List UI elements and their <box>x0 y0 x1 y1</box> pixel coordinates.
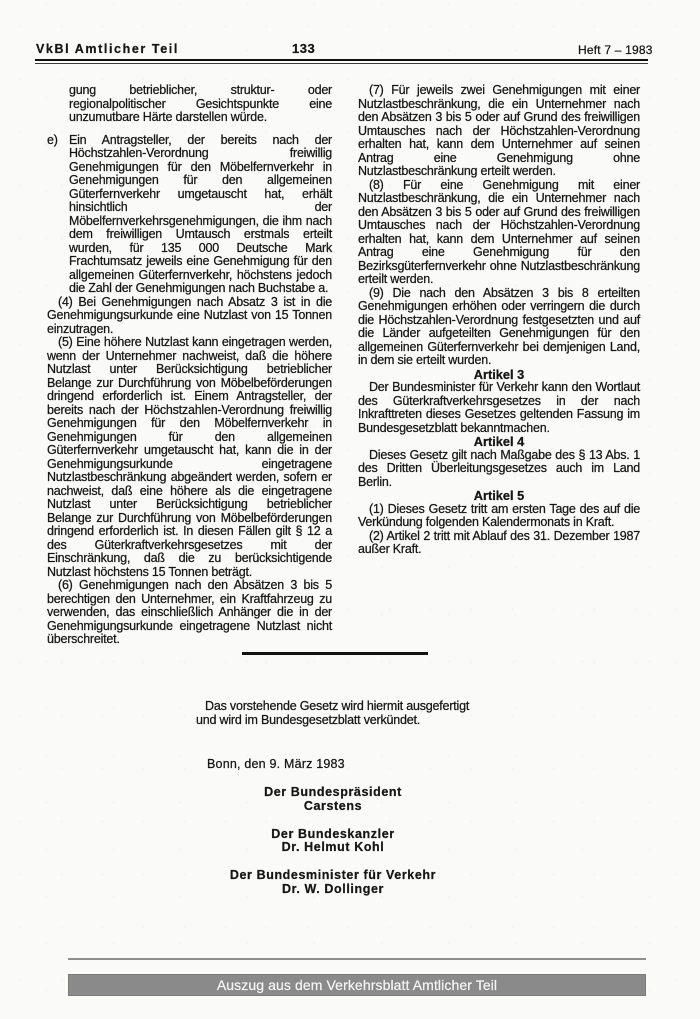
paragraph-continuation: gung betrieblicher, struktur- oder regio… <box>47 84 332 125</box>
artikel-4-text: Dieses Gesetz gilt nach Maßgabe des § 13… <box>358 449 640 490</box>
signature-block: Der Bundespräsident Carstens Der Bundesk… <box>150 786 516 911</box>
artikel-5-paragraph-1: (1) Dieses Gesetz tritt am ersten Tage d… <box>358 503 640 530</box>
signature-name: Dr. W. Dollinger <box>150 883 516 897</box>
paragraph-6: (6) Genehmigungen nach den Absätzen 3 bi… <box>47 579 332 647</box>
page-number: 133 <box>292 41 315 56</box>
paragraph-8: (8) Für eine Genehmigung mit einer Nutzl… <box>358 179 640 287</box>
artikel-5-heading: Artikel 5 <box>358 489 640 503</box>
list-item-marker: e) <box>47 134 58 148</box>
paragraph-4: (4) Bei Genehmigungen nach Absatz 3 ist … <box>47 296 332 337</box>
artikel-3-heading: Artikel 3 <box>358 368 640 382</box>
signature-bundeskanzler: Der Bundeskanzler Dr. Helmut Kohl <box>150 828 516 855</box>
signature-title: Der Bundespräsident <box>150 786 516 800</box>
signature-bundespraesident: Der Bundespräsident Carstens <box>150 786 516 813</box>
signature-title: Der Bundesminister für Verkehr <box>150 869 516 883</box>
signature-title: Der Bundeskanzler <box>150 828 516 842</box>
header-rule <box>35 59 648 64</box>
list-item-text: Ein Antragsteller, der bereits nach der … <box>69 133 332 296</box>
footer-rule <box>68 958 646 960</box>
artikel-5-paragraph-2: (2) Artikel 2 tritt mit Ablauf des 31. D… <box>358 530 640 557</box>
section-divider-rule <box>242 652 428 655</box>
issue-label: Heft 7 – 1983 <box>578 43 653 57</box>
list-item-e: e) Ein Antragsteller, der bereits nach d… <box>47 134 332 296</box>
signature-bundesminister: Der Bundesminister für Verkehr Dr. W. Do… <box>150 869 516 896</box>
artikel-4-heading: Artikel 4 <box>358 435 640 449</box>
journal-title: VkBl Amtlicher Teil <box>36 42 179 56</box>
paragraph-7: (7) Für jeweils zwei Genehmigungen mit e… <box>358 84 640 179</box>
paragraph-9: (9) Die nach den Absätzen 3 bis 8 erteil… <box>358 287 640 368</box>
footer-banner: Auszug aus dem Verkehrsblatt Amtlicher T… <box>68 974 646 996</box>
left-column: gung betrieblicher, struktur- oder regio… <box>47 84 332 647</box>
promulgation-text: Das vorstehende Gesetz wird hiermit ausg… <box>196 699 476 727</box>
paragraph-5: (5) Eine höhere Nutzlast kann eingetrage… <box>47 336 332 579</box>
signature-name: Carstens <box>150 800 516 814</box>
signature-name: Dr. Helmut Kohl <box>150 841 516 855</box>
artikel-3-text: Der Bundesminister für Verkehr kann den … <box>358 381 640 435</box>
scanned-document-page: VkBl Amtlicher Teil 133 Heft 7 – 1983 gu… <box>0 0 700 1019</box>
place-and-date: Bonn, den 9. März 1983 <box>207 757 345 771</box>
right-column: (7) Für jeweils zwei Genehmigungen mit e… <box>358 84 640 557</box>
